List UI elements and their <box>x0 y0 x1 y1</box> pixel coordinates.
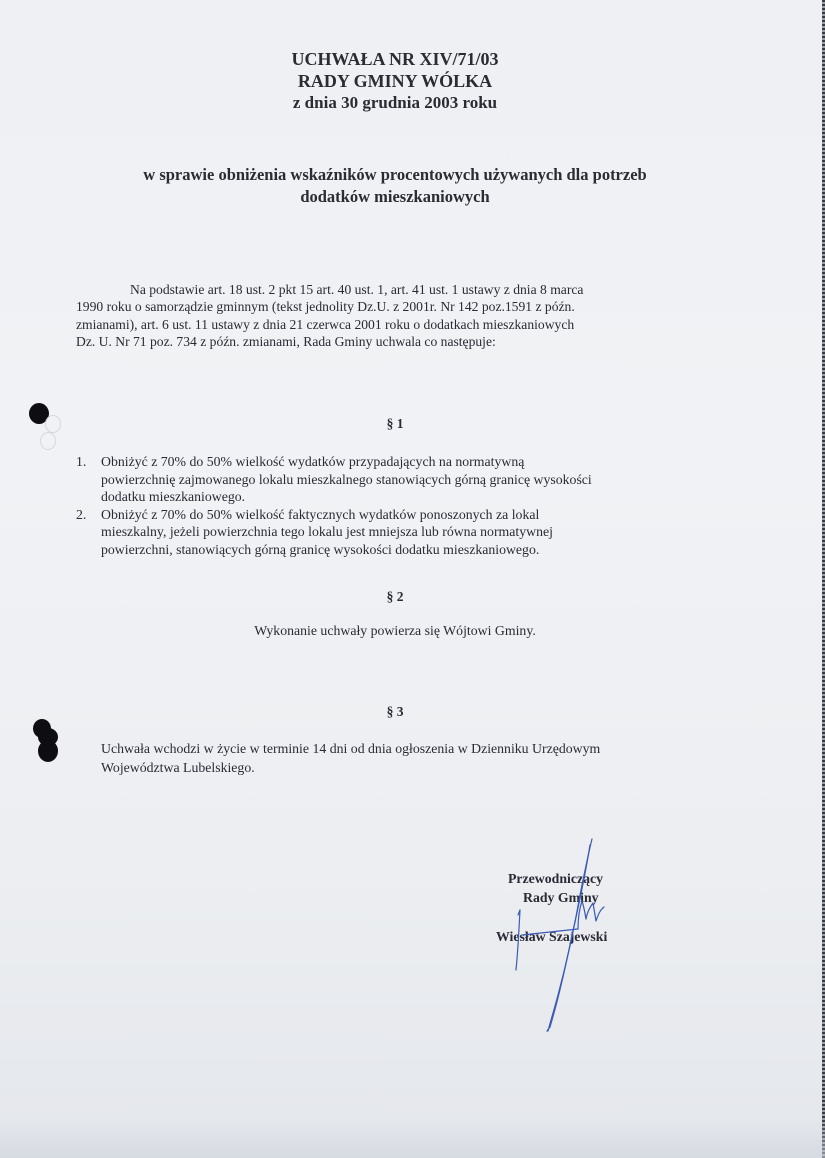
council-name: RADY GMINY WÓLKA <box>0 70 790 92</box>
punch-hole-ghost <box>40 432 56 450</box>
list-item-number: 2. <box>76 506 86 524</box>
list-item: 2. Obniżyć z 70% do 50% wielkość faktycz… <box>76 506 716 559</box>
list-item-line: Obniżyć z 70% do 50% wielkość wydatków p… <box>101 453 716 471</box>
legal-basis-preamble: Na podstawie art. 18 ust. 2 pkt 15 art. … <box>76 281 716 350</box>
paragraph-1-list: 1. Obniżyć z 70% do 50% wielkość wydatkó… <box>76 453 716 558</box>
list-item-line: mieszkalny, jeżeli powierzchnia tego lok… <box>101 523 716 541</box>
preamble-line: Dz. U. Nr 71 poz. 734 z późn. zmianami, … <box>76 333 716 350</box>
list-item-line: Obniżyć z 70% do 50% wielkość faktycznyc… <box>101 506 716 524</box>
list-item-line: dodatku mieszkaniowego. <box>101 488 716 506</box>
paragraph-3-heading: § 3 <box>0 704 790 720</box>
list-item-number: 1. <box>76 453 86 471</box>
punch-hole-bottom <box>38 740 58 762</box>
resolution-number: UCHWAŁA NR XIV/71/03 <box>0 48 790 70</box>
list-item-line: powierzchni, stanowiących górną granicę … <box>101 541 716 559</box>
paragraph-3-text: Uchwała wchodzi w życie w terminie 14 dn… <box>101 739 741 777</box>
preamble-line: 1990 roku o samorządzie gminnym (tekst j… <box>76 298 716 315</box>
preamble-line: zmianami), art. 6 ust. 11 ustawy z dnia … <box>76 316 716 333</box>
handwritten-signature-icon <box>500 835 620 1045</box>
paragraph-1-heading: § 1 <box>0 416 790 432</box>
paragraph-2-text: Wykonanie uchwały powierza się Wójtowi G… <box>0 623 790 639</box>
paragraph-3-line: Województwa Lubelskiego. <box>101 758 741 777</box>
paragraph-3-line: Uchwała wchodzi w życie w terminie 14 dn… <box>101 739 741 758</box>
paragraph-2-heading: § 2 <box>0 589 790 605</box>
list-item: 1. Obniżyć z 70% do 50% wielkość wydatkó… <box>76 453 716 506</box>
page-bottom-shadow <box>0 1118 825 1158</box>
resolution-date: z dnia 30 grudnia 2003 roku <box>0 92 790 114</box>
resolution-subject: w sprawie obniżenia wskaźników procentow… <box>0 164 790 208</box>
list-item-line: powierzchnię zajmowanego lokalu mieszkal… <box>101 471 716 489</box>
resolution-header: UCHWAŁA NR XIV/71/03 RADY GMINY WÓLKA z … <box>0 48 790 114</box>
preamble-line: Na podstawie art. 18 ust. 2 pkt 15 art. … <box>76 281 716 298</box>
subject-line: dodatków mieszkaniowych <box>0 186 790 208</box>
subject-line: w sprawie obniżenia wskaźników procentow… <box>0 164 790 186</box>
